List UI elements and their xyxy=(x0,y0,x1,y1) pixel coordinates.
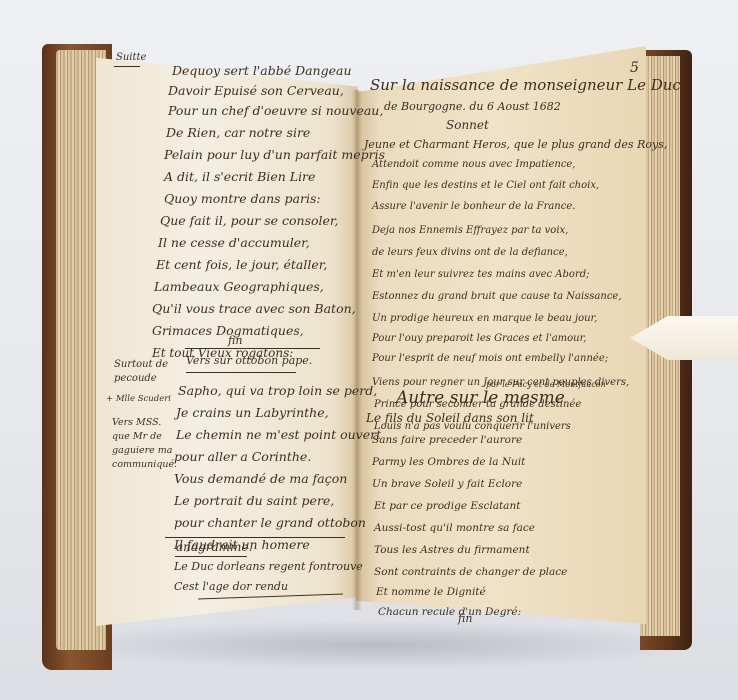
page-header-suitte: Suitte xyxy=(116,52,146,63)
poem-line: A dit, il s'ecrit Bien Lire xyxy=(164,166,315,188)
fin-marker: fin xyxy=(458,612,472,625)
sonnet-line: Deja nos Ennemis Effrayez par ta voix, xyxy=(372,220,568,242)
sonnet-line: Pour l'ouy preparoit les Graces et l'amo… xyxy=(372,328,586,350)
poem-line: Que fait il, pour se consoler, xyxy=(160,210,339,232)
poem-line: Dequoy sert l'abbé Dangeau xyxy=(172,60,352,82)
title-line: de Bourgogne. du 6 Aoust 1682 xyxy=(384,100,561,113)
sonnet-line: Enfin que les destins et le Ciel ont fai… xyxy=(372,175,599,197)
sonnet-line: Estonnez du grand bruit que cause ta Nai… xyxy=(372,286,622,308)
sonnet-line: Pour l'esprit de neuf mois ont embelly l… xyxy=(372,348,608,370)
section-divider xyxy=(185,348,320,349)
sapho-line: Vous demandé de ma façon xyxy=(174,468,347,490)
poem-line: Pour un chef d'oeuvre si nouveau, xyxy=(168,100,383,122)
header-underline xyxy=(114,66,140,67)
sonnet-line: Assure l'avenir le bonheur de la France. xyxy=(372,196,575,218)
second-poem-line: Et nomme le Dignité xyxy=(376,582,486,604)
poem-line: Quoy montre dans paris: xyxy=(164,188,321,210)
sapho-line: Le chemin ne m'est point ouvert xyxy=(176,424,381,446)
sapho-line: Sapho, qui va trop loin se perd, xyxy=(178,380,377,402)
anagram-title-underline xyxy=(175,556,247,557)
second-poem-line: Aussi-tost qu'il montre sa face xyxy=(374,518,535,540)
section-divider xyxy=(165,537,345,538)
sonnet-line: Jeune et Charmant Heros, que le plus gra… xyxy=(364,134,667,156)
sapho-line: pour aller a Corinthe. xyxy=(174,446,311,468)
page-number: 5 xyxy=(630,60,639,76)
margin-note: + Mlle Scuderi xyxy=(106,394,171,404)
sonnet-line: Attendoit comme nous avec Impatience, xyxy=(372,154,576,176)
second-poem-line: Un brave Soleil y fait Eclore xyxy=(372,474,522,496)
second-poem-line: Tous les Astres du firmament xyxy=(374,540,530,562)
sonnet-line: de leurs feux divins ont de la defiance, xyxy=(372,242,568,264)
poem-line: Lambeaux Geographiques, xyxy=(154,276,324,298)
manuscript-photo: Suitte Dequoy sert l'abbé Dangeau Davoir… xyxy=(0,0,738,700)
poem-line: Qu'il vous trace avec son Baton, xyxy=(152,298,356,320)
poem-line: De Rien, car notre sire xyxy=(166,122,310,144)
poem-line: Et cent fois, le jour, étaller, xyxy=(156,254,327,276)
title-line: Sur la naissance de monseigneur Le Duc xyxy=(370,76,681,94)
margin-note: Vers MSS. que Mr de gaguiere ma communiq… xyxy=(112,416,174,472)
anagram-line: Cest l'age dor rendu xyxy=(174,580,288,593)
sonnet-line: Et m'en leur suivrez tes mains avec Abor… xyxy=(372,264,590,286)
book-shadow xyxy=(50,620,700,670)
section-title: Vers sur ottobon pape. xyxy=(186,354,312,367)
poem-line: Pelain pour luy d'un parfait mepris xyxy=(164,144,385,166)
poem-line: Il ne cesse d'accumuler, xyxy=(158,232,310,254)
second-poem-title: Autre sur le mesme xyxy=(396,388,565,408)
second-poem-line: Sans faire preceder l'aurore xyxy=(372,430,522,452)
anagram-line: Le Duc dorleans regent fontrouve xyxy=(174,560,363,573)
second-poem-line: Parmy les Ombres de la Nuit xyxy=(372,452,525,474)
anagram-title: anagramme. xyxy=(176,540,252,554)
sapho-line: Le portrait du saint pere, xyxy=(174,490,334,512)
sonnet-line: Un prodige heureux en marque le beau jou… xyxy=(372,308,597,330)
second-poem-line: Et par ce prodige Esclatant xyxy=(374,496,520,518)
sonnet-subtitle: Sonnet xyxy=(446,118,489,132)
second-poem-line: Le fils du Soleil dans son lit xyxy=(366,408,534,430)
sapho-line: Je crains un Labyrinthe, xyxy=(176,402,329,424)
second-poem-line: Chacun recule d'un Degré: xyxy=(378,602,521,624)
margin-note: Surtout de pecoude xyxy=(114,358,174,386)
second-poem-line: Sont contraints de changer de place xyxy=(374,562,567,584)
section-title-underline xyxy=(186,372,296,373)
sapho-line: pour chanter le grand ottobon xyxy=(174,512,366,534)
poem-line: Davoir Epuisé son Cerveau, xyxy=(168,80,344,102)
